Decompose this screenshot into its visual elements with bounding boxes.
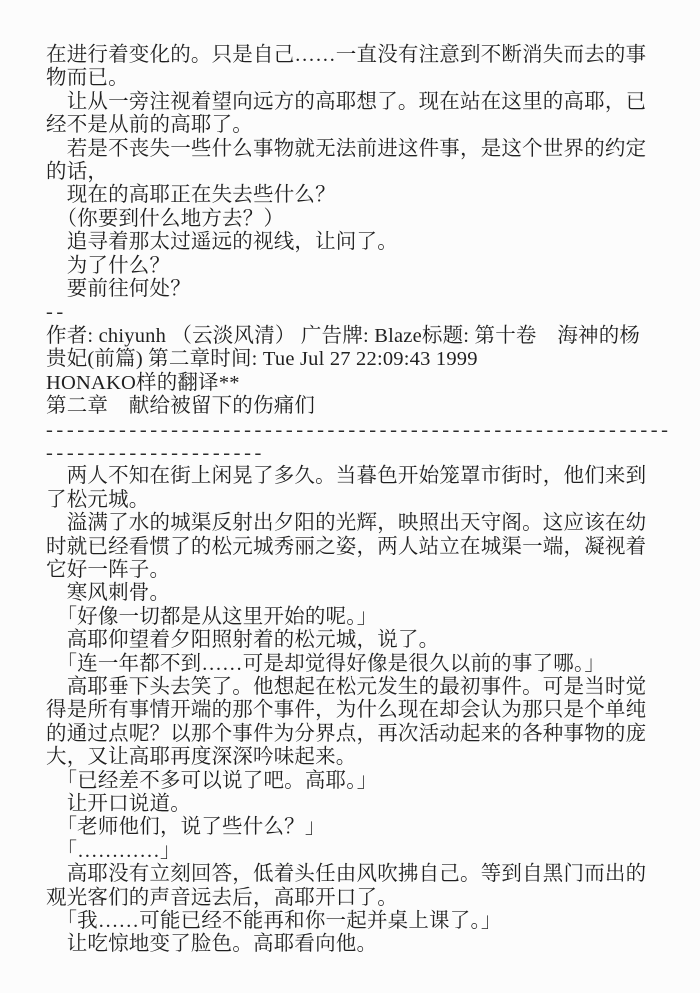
text-line: 高耶垂下头去笑了。他想起在松元发生的最初事件。可是当时觉 xyxy=(46,676,676,699)
text-line: 让开口说道。 xyxy=(46,793,676,816)
text-line: 「我……可能已经不能再和你一起并桌上课了。」 xyxy=(46,910,676,933)
text-line: 观光客们的声音远去后，高耶开口了。 xyxy=(46,887,676,910)
text-line: 了松元城。 xyxy=(46,489,676,512)
separator-line: ----------------------------------------… xyxy=(46,419,676,442)
text-line: （你要到什么地方去？） xyxy=(46,208,676,231)
text-line: 第二章 献给被留下的伤痛们 xyxy=(46,395,676,418)
text-line: 现在的高耶正在失去些什么？ xyxy=(46,184,676,207)
text-line: 两人不知在街上闲晃了多久。当暮色开始笼罩市街时，他们来到 xyxy=(46,465,676,488)
text-line: 「已经差不多可以说了吧。高耶。」 xyxy=(46,770,676,793)
text-line: 溢满了水的城渠反射出夕阳的光辉，映照出天守阁。这应该在幼 xyxy=(46,512,676,535)
text-line: 高耶仰望着夕阳照射着的松元城，说了。 xyxy=(46,629,676,652)
text-line: 让吃惊地变了脸色。高耶看向他。 xyxy=(46,933,676,956)
text-line: 追寻着那太过遥远的视线，让问了。 xyxy=(46,231,676,254)
text-line: HONAKO样的翻译** xyxy=(46,372,676,395)
text-line: 「连一年都不到……可是却觉得好像是很久以前的事了哪。」 xyxy=(46,653,676,676)
text-line: 「好像一切都是从这里开始的呢。」 xyxy=(46,606,676,629)
text-line: 「…………」 xyxy=(46,840,676,863)
text-line: 大，又让高耶再度深深吟味起来。 xyxy=(46,746,676,769)
text-line: 时就已经看惯了的松元城秀丽之姿，两人站立在城渠一端，凝视着 xyxy=(46,536,676,559)
novel-text: 在进行着变化的。只是自己……一直没有注意到不断消失而去的事物而已。 让从一旁注视… xyxy=(46,44,676,957)
separator-line: --------------------- xyxy=(46,442,676,465)
separator-line: -- xyxy=(46,301,676,324)
text-line: 寒风刺骨。 xyxy=(46,582,676,605)
text-line: 的话， xyxy=(46,161,676,184)
text-line: 物而已。 xyxy=(46,67,676,90)
text-line: 的通过点呢？以那个事件为分界点，再次活动起来的各种事物的庞 xyxy=(46,723,676,746)
text-line: 作者: chiyunh （云淡风清） 广告牌: Blaze标题: 第十卷 海神的… xyxy=(46,325,676,348)
text-line: 贵妃(前篇) 第二章时间: Tue Jul 27 22:09:43 1999 xyxy=(46,348,676,371)
text-line: 为了什么？ xyxy=(46,255,676,278)
text-line: 让从一旁注视着望向远方的高耶想了。现在站在这里的高耶，已 xyxy=(46,91,676,114)
text-line: 若是不丧失一些什么事物就无法前进这件事，是这个世界的约定 xyxy=(46,138,676,161)
text-line: 在进行着变化的。只是自己……一直没有注意到不断消失而去的事 xyxy=(46,44,676,67)
text-line: 经不是从前的高耶了。 xyxy=(46,114,676,137)
text-line: 得是所有事情开端的那个事件，为什么现在却会认为那只是个单纯 xyxy=(46,699,676,722)
document-page: 在进行着变化的。只是自己……一直没有注意到不断消失而去的事物而已。 让从一旁注视… xyxy=(0,0,700,993)
text-line: 高耶没有立刻回答，低着头任由风吹拂自己。等到自黑门而出的 xyxy=(46,863,676,886)
text-line: 它好一阵子。 xyxy=(46,559,676,582)
text-line: 要前往何处？ xyxy=(46,278,676,301)
text-line: 「老师他们，说了些什么？」 xyxy=(46,816,676,839)
